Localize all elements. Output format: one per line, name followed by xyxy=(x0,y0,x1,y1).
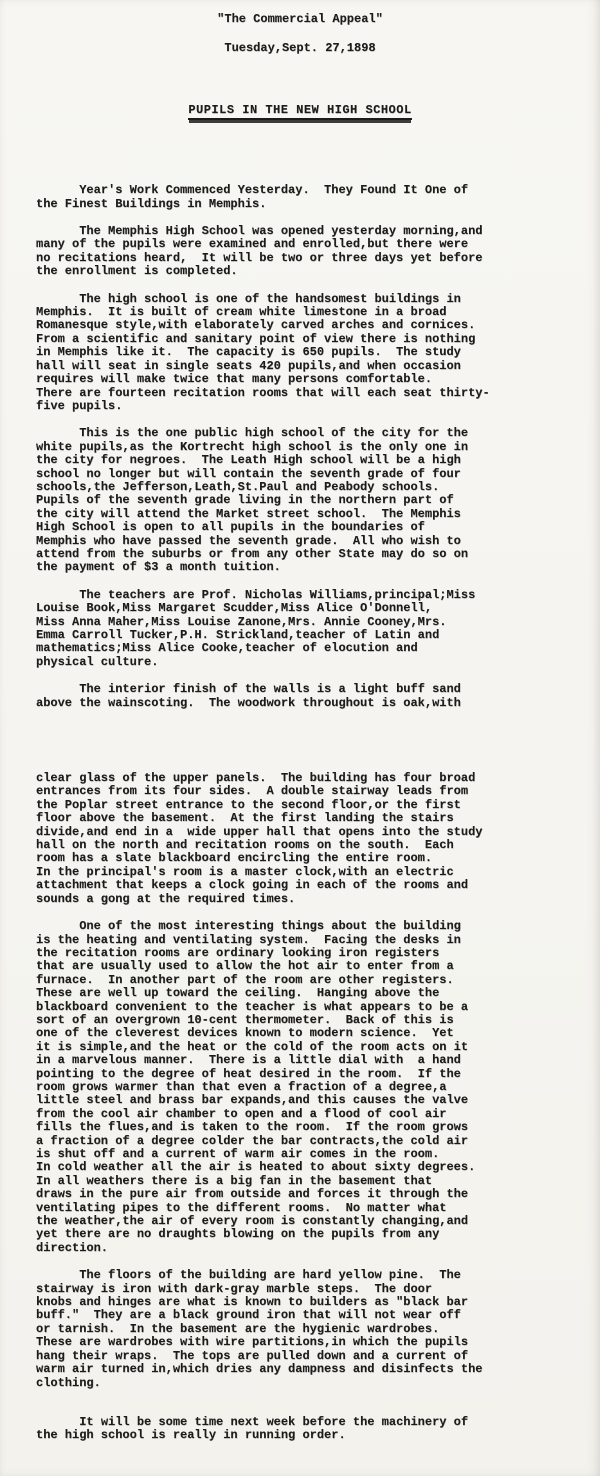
article-paragraph: The Memphis High School was opened yeste… xyxy=(36,225,572,279)
article-paragraph: clear glass of the upper panels. The bui… xyxy=(36,772,572,906)
article-paragraph: It will be some time next week before th… xyxy=(36,1416,572,1443)
document-header: "The Commercial Appeal" Tuesday,Sept. 27… xyxy=(0,0,600,56)
article-paragraph: The teachers are Prof. Nicholas Williams… xyxy=(36,589,572,669)
article-paragraph: This is the one public high school of th… xyxy=(36,427,572,574)
article-body: Year's Work Commenced Yesterday. They Fo… xyxy=(0,184,600,1443)
document-page: "The Commercial Appeal" Tuesday,Sept. 27… xyxy=(0,0,600,1476)
publication-date: Tuesday,Sept. 27,1898 xyxy=(0,42,600,55)
article-paragraph: The interior finish of the walls is a li… xyxy=(36,683,572,710)
article-paragraph: One of the most interesting things about… xyxy=(36,920,572,1255)
article-paragraph: The floors of the building are hard yell… xyxy=(36,1269,572,1390)
article-paragraph: The high school is one of the handsomest… xyxy=(36,293,572,414)
headline-row: PUPILS IN THE NEW HIGH SCHOOL xyxy=(0,104,600,120)
headline: PUPILS IN THE NEW HIGH SCHOOL xyxy=(188,104,411,120)
publication-title: "The Commercial Appeal" xyxy=(0,13,600,26)
article-paragraph: Year's Work Commenced Yesterday. They Fo… xyxy=(36,184,572,211)
